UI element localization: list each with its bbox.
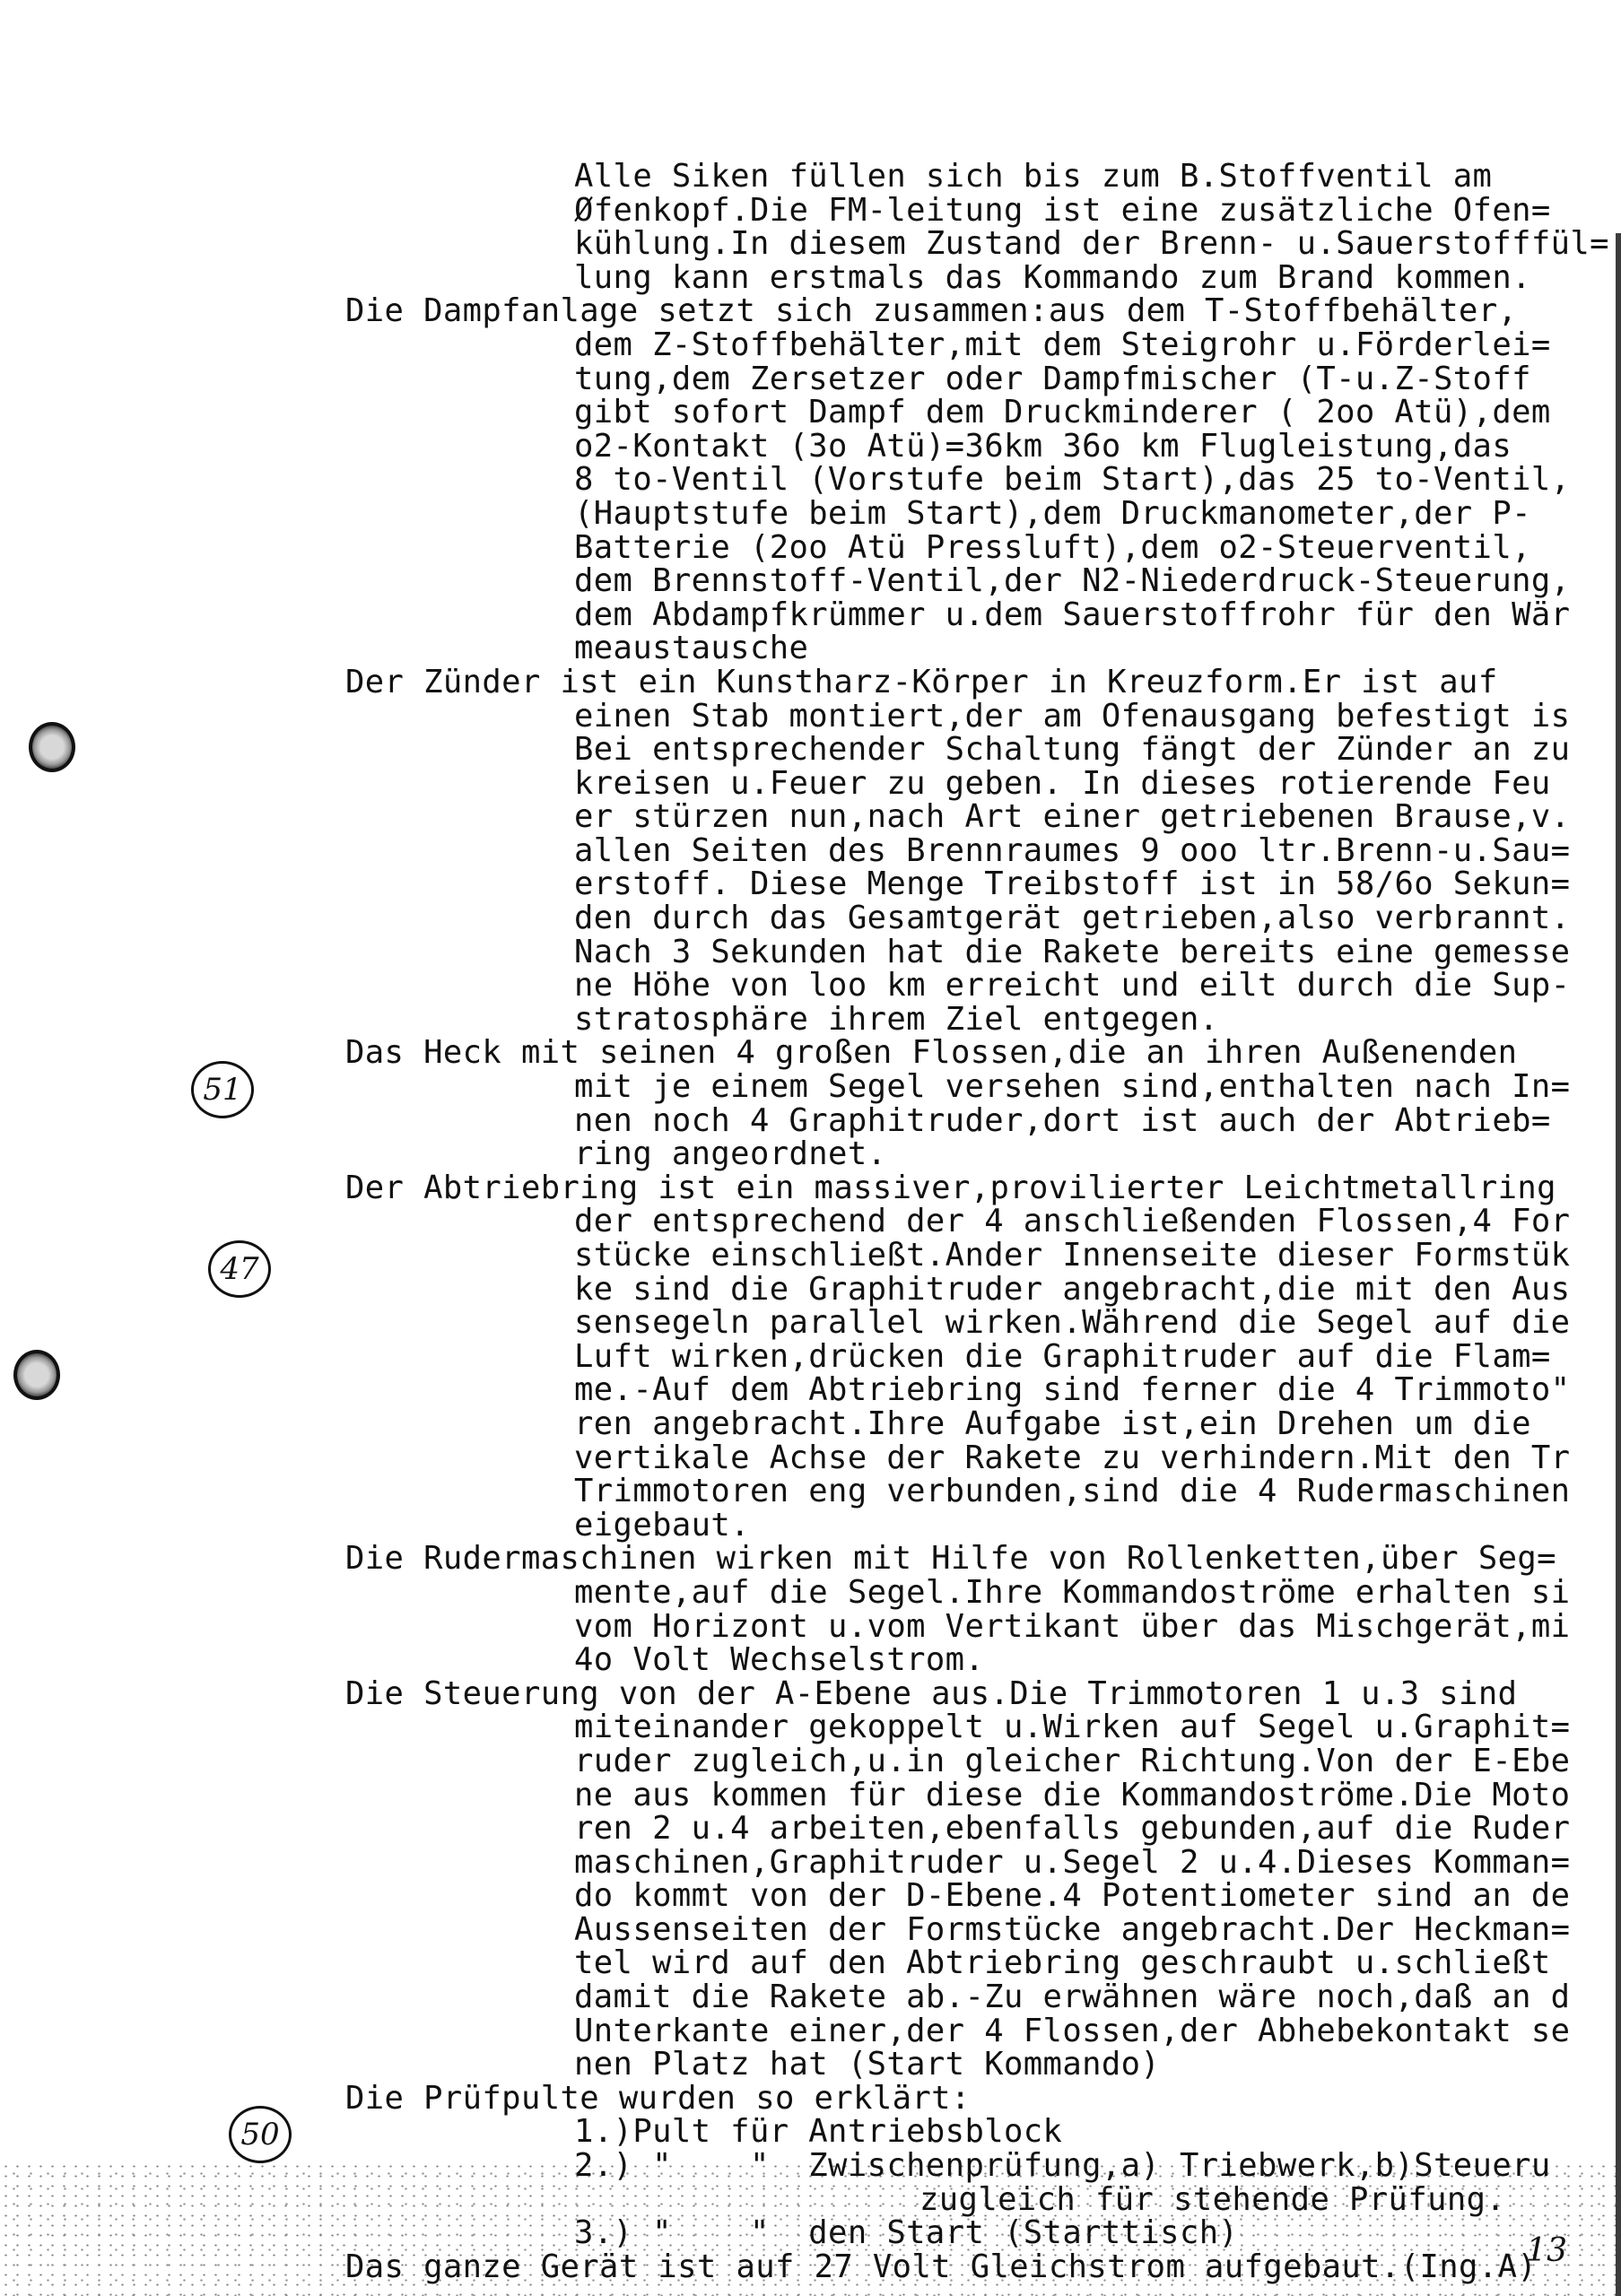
text-line: do kommt von der D-Ebene.4 Potentiometer…: [345, 1879, 1619, 1913]
text-line: 8 to-Ventil (Vorstufe beim Start),das 25…: [345, 463, 1619, 497]
text-line: nen noch 4 Graphitruder,dort ist auch de…: [345, 1104, 1619, 1138]
text-line: vom Horizont u.vom Vertikant über das Mi…: [345, 1610, 1619, 1644]
text-line: mente,auf die Segel.Ihre Kommandoströme …: [345, 1576, 1619, 1610]
punch-hole-icon: [29, 722, 75, 772]
text-line: gibt sofort Dampf dem Druckminderer ( 2o…: [345, 396, 1619, 430]
punch-hole-icon: [13, 1350, 60, 1400]
text-line: damit die Rakete ab.-Zu erwähnen wäre no…: [345, 1980, 1619, 2014]
text-line: sensegeln parallel wirken.Während die Se…: [345, 1306, 1619, 1340]
text-line: lung kann erstmals das Kommando zum Bran…: [345, 261, 1619, 295]
text-line: ke sind die Graphitruder angebracht,die …: [345, 1273, 1619, 1307]
text-line: tel wird auf den Abtriebring geschraubt …: [345, 1946, 1619, 1980]
text-line: Das Heck mit seinen 4 großen Flossen,die…: [345, 1036, 1619, 1070]
text-line: Aussenseiten der Formstücke angebracht.D…: [345, 1913, 1619, 1947]
text-line: 1.)Pult für Antriebsblock: [345, 2115, 1619, 2149]
scan-noise: [0, 2161, 1621, 2296]
text-line: Der Zünder ist ein Kunstharz-Körper in K…: [345, 665, 1619, 700]
text-line: dem Abdampfkrümmer u.dem Sauerstoffrohr …: [345, 598, 1619, 632]
text-line: Trimmotoren eng verbunden,sind die 4 Rud…: [345, 1474, 1619, 1509]
text-line: ren 2 u.4 arbeiten,ebenfalls gebunden,au…: [345, 1812, 1619, 1846]
margin-mark: 47: [208, 1240, 271, 1298]
text-line: Alle Siken füllen sich bis zum B.Stoffve…: [345, 160, 1619, 194]
document-page: 51 47 50 Alle Siken füllen sich bis zum …: [0, 0, 1621, 2296]
text-line: (Hauptstufe beim Start),dem Druckmanomet…: [345, 497, 1619, 531]
text-line: Luft wirken,drücken die Graphitruder auf…: [345, 1340, 1619, 1374]
text-line: allen Seiten des Brennraumes 9 ooo ltr.B…: [345, 834, 1619, 868]
text-line: eigebaut.: [345, 1509, 1619, 1543]
text-line: den durch das Gesamtgerät getrieben,also…: [345, 901, 1619, 935]
text-line: stücke einschließt.Ander Innenseite dies…: [345, 1239, 1619, 1273]
text-line: kreisen u.Feuer zu geben. In dieses roti…: [345, 767, 1619, 801]
text-line: Die Rudermaschinen wirken mit Hilfe von …: [345, 1542, 1619, 1576]
text-line: me.-Auf dem Abtriebring sind ferner die …: [345, 1373, 1619, 1407]
text-line: Die Prüfpulte wurden so erklärt:: [345, 2082, 1619, 2116]
text-line: ren angebracht.Ihre Aufgabe ist,ein Dreh…: [345, 1407, 1619, 1441]
margin-mark: 51: [191, 1061, 254, 1118]
margin-mark: 50: [229, 2106, 292, 2163]
text-line: erstoff. Diese Menge Treibstoff ist in 5…: [345, 867, 1619, 901]
text-line: nen Platz hat (Start Kommando): [345, 2048, 1619, 2082]
text-line: ne aus kommen für diese die Kommandoströ…: [345, 1779, 1619, 1813]
text-line: einen Stab montiert,der am Ofenausgang b…: [345, 700, 1619, 734]
text-line: Der Abtriebring ist ein massiver,provili…: [345, 1171, 1619, 1205]
text-line: o2-Kontakt (3o Atü)=36km 36o km Flugleis…: [345, 430, 1619, 464]
text-line: er stürzen nun,nach Art einer getriebene…: [345, 800, 1619, 834]
text-line: Die Dampfanlage setzt sich zusammen:aus …: [345, 294, 1619, 328]
text-line: kühlung.In diesem Zustand der Brenn- u.S…: [345, 227, 1619, 261]
text-line: Die Steuerung von der A-Ebene aus.Die Tr…: [345, 1677, 1619, 1711]
text-line: Øfenkopf.Die FM-leitung ist eine zusätzl…: [345, 194, 1619, 228]
text-line: ring angeordnet.: [345, 1137, 1619, 1171]
text-line: meaustausche: [345, 631, 1619, 665]
text-line: stratosphäre ihrem Ziel entgegen.: [345, 1003, 1619, 1037]
text-line: miteinander gekoppelt u.Wirken auf Segel…: [345, 1710, 1619, 1744]
page-number: 13: [1526, 2232, 1567, 2269]
text-line: der entsprechend der 4 anschließenden Fl…: [345, 1205, 1619, 1239]
text-line: Nach 3 Sekunden hat die Rakete bereits e…: [345, 935, 1619, 970]
text-line: Batterie (2oo Atü Pressluft),dem o2-Steu…: [345, 531, 1619, 565]
text-line: Unterkante einer,der 4 Flossen,der Abheb…: [345, 2014, 1619, 2048]
text-line: ruder zugleich,u.in gleicher Richtung.Vo…: [345, 1744, 1619, 1779]
text-line: ne Höhe von loo km erreicht und eilt dur…: [345, 969, 1619, 1003]
text-line: dem Z-Stoffbehälter,mit dem Steigrohr u.…: [345, 328, 1619, 362]
text-line: mit je einem Segel versehen sind,enthalt…: [345, 1070, 1619, 1104]
text-line: dem Brennstoff-Ventil,der N2-Niederdruck…: [345, 564, 1619, 598]
typewritten-body: Alle Siken füllen sich bis zum B.Stoffve…: [345, 160, 1619, 2283]
text-line: tung,dem Zersetzer oder Dampfmischer (T-…: [345, 362, 1619, 396]
text-line: vertikale Achse der Rakete zu verhindern…: [345, 1441, 1619, 1475]
text-line: 4o Volt Wechselstrom.: [345, 1643, 1619, 1677]
text-line: maschinen,Graphitruder u.Segel 2 u.4.Die…: [345, 1846, 1619, 1880]
text-line: Bei entsprechender Schaltung fängt der Z…: [345, 733, 1619, 767]
